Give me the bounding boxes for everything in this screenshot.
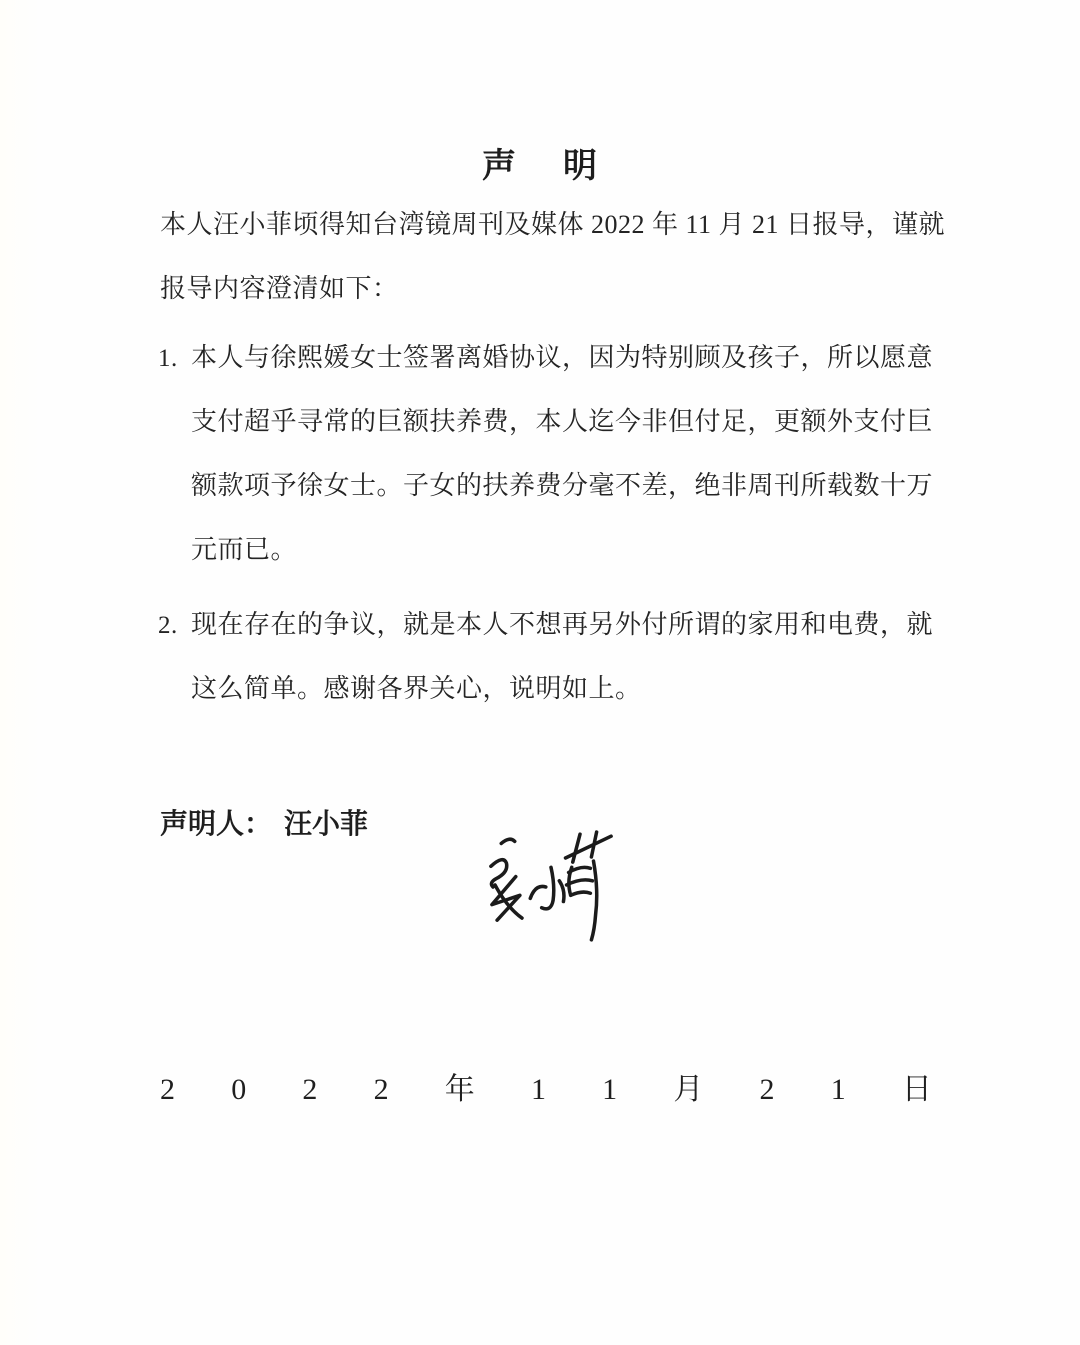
item-1-line-4: 元而已。 bbox=[158, 518, 953, 582]
signature-stroke bbox=[501, 839, 514, 843]
item-2-line-1: 2.现在存在的争议，就是本人不想再另外付所谓的家用和电费，就 bbox=[158, 593, 953, 657]
date-char: 2 bbox=[374, 1072, 389, 1108]
statement-item-1: 1.本人与徐熙媛女士签署离婚协议，因为特别顾及孩子，所以愿意 支付超乎寻常的巨额… bbox=[158, 326, 953, 582]
date-char: 2 bbox=[160, 1072, 175, 1108]
date-char-year: 年 bbox=[445, 1072, 475, 1108]
item-2-line-1-text: 现在存在的争议，就是本人不想再另外付所谓的家用和电费，就 bbox=[191, 610, 933, 639]
date-char: 2 bbox=[302, 1072, 317, 1108]
item-2-line-2: 这么简单。感谢各界关心，说明如上。 bbox=[158, 657, 953, 721]
item-1-line-1-text: 本人与徐熙媛女士签署离婚协议，因为特别顾及孩子，所以愿意 bbox=[191, 343, 933, 372]
signature-stroke bbox=[559, 881, 564, 902]
item-1-line-2: 支付超乎寻常的巨额扶养费，本人迄今非但付足，更额外支付巨 bbox=[158, 390, 953, 454]
statement-document: { "page": { "background_color": "#fdfdfb… bbox=[0, 0, 1080, 1345]
date-char: 1 bbox=[531, 1072, 546, 1108]
date-char: 1 bbox=[831, 1072, 846, 1108]
date-char: 0 bbox=[231, 1072, 246, 1108]
signature-stroke bbox=[530, 886, 546, 898]
intro-line-2: 报导内容澄清如下： bbox=[160, 257, 950, 321]
signature-stroke bbox=[591, 861, 596, 940]
item-1-line-1: 1.本人与徐熙媛女士签署离婚协议，因为特别顾及孩子，所以愿意 bbox=[158, 326, 953, 390]
signature-stroke bbox=[566, 836, 612, 858]
intro-paragraph: 本人汪小菲顷得知台湾镜周刊及媒体 2022 年 11 月 21 日报导，谨就 报… bbox=[160, 193, 950, 321]
signature-stroke bbox=[573, 834, 580, 862]
statement-item-2: 2.现在存在的争议，就是本人不想再另外付所谓的家用和电费，就 这么简单。感谢各界… bbox=[158, 593, 953, 721]
date-char: 2 bbox=[760, 1072, 775, 1108]
item-1-marker: 1. bbox=[158, 327, 191, 391]
signature-stroke bbox=[571, 892, 591, 895]
declarant-label: 声明人： bbox=[160, 806, 272, 842]
date-char: 1 bbox=[602, 1072, 617, 1108]
date-char-month: 月 bbox=[673, 1072, 703, 1108]
handwritten-signature: 汪小菲 bbox=[483, 830, 619, 944]
item-1-line-3: 额款项予徐女士。子女的扶养费分毫不差，绝非周刊所载数十万 bbox=[158, 454, 953, 518]
title-char-sheng: 声 bbox=[482, 138, 517, 187]
title-char-ming: 明 bbox=[563, 138, 598, 187]
document-title: 声 明 bbox=[0, 138, 1080, 187]
signature-stroke bbox=[491, 860, 507, 887]
intro-line-1: 本人汪小菲顷得知台湾镜周刊及媒体 2022 年 11 月 21 日报导，谨就 bbox=[160, 193, 950, 257]
item-2-marker: 2. bbox=[158, 594, 191, 658]
declarant-name: 汪小菲 bbox=[284, 806, 368, 842]
declarant-row: 声明人： 汪小菲 bbox=[160, 806, 368, 842]
date-line: 2 0 2 2 年 1 1 月 2 1 日 bbox=[160, 1072, 932, 1108]
date-char-day: 日 bbox=[902, 1072, 932, 1108]
